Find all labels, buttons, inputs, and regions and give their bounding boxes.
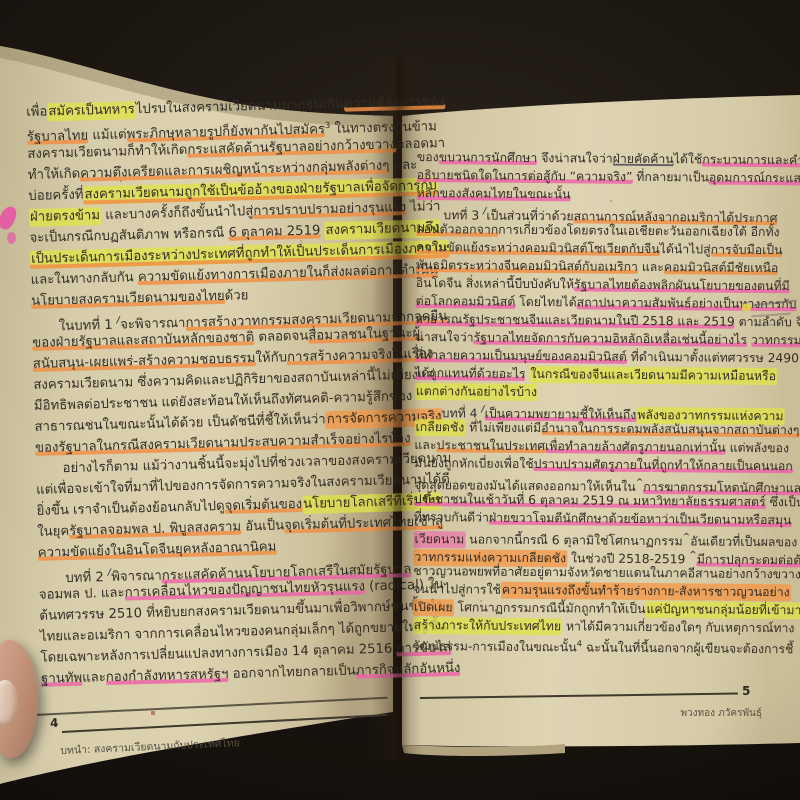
text-segment: ของ	[417, 150, 439, 164]
text-segment: จะเป็นกรณีกบฏสันติภาพ หรือกรณี	[29, 226, 228, 246]
text-segment: อันเป็น	[241, 518, 284, 534]
text-segment: จอมพล ป. และ	[39, 586, 125, 603]
text-segment: ความรุนแรงถึงขั้นทำร้ายร่างกาย-สังหารชาว…	[501, 582, 791, 602]
text-segment: ไปรบในสงครามเวียดนามมากจนเกิน	[136, 97, 344, 117]
text-segment: ฝ่ายคัดค้าน	[613, 152, 674, 167]
text-segment: เปิดเผย	[413, 599, 454, 616]
text-segment: จนนำไปสู่การใช้	[413, 582, 501, 597]
text-segment: นโยบายสงครามเวียดนามของไทย	[31, 289, 225, 309]
text-segment: ปราบปรามศัตรูภายใน	[534, 457, 652, 472]
text-segment: ในยุค	[37, 524, 69, 540]
text-segment: การปราบปรามอย่างรุนแรง	[253, 200, 406, 219]
text-segment: 6 ตุลาคม 2519	[228, 223, 320, 240]
text-segment: ในทางตรงกันข้าม	[330, 119, 437, 137]
text-segment: ได้ใช้	[674, 152, 703, 166]
text-segment: ยิ่งขึ้น เราจำเป็นต้องย้อนกลับไปดู	[36, 499, 224, 519]
text-segment: พันธมิตรระหว่างจีนคอมมิวนิสต์กับอเมริกา	[416, 258, 638, 274]
text-segment: คอมมิวนิสต์มีชัยเหนือ	[664, 260, 779, 275]
text-segment: โดยไทยได้	[515, 295, 576, 310]
yellow-mark	[742, 304, 751, 311]
text-segment: แม้แต่	[88, 127, 127, 143]
text-segment: กระแสคัดค้านรัฐบาลอย่างกว้างขวาง	[187, 137, 396, 157]
text-segment: ที่ถูกทำให้กลายเป็นคนนอก	[651, 458, 793, 473]
text-segment: รัฐบาลไทยต้องพลิกผันนโยบายของตนที่มี	[574, 277, 790, 293]
text-segment: และ	[638, 260, 664, 274]
text-segment: เกลียดชัง	[414, 419, 465, 436]
text-segment: สื่อมวลชนในฐานะผู้	[308, 326, 420, 344]
text-segment: และบางครั้งก็ถึงขั้นนำไปสู่	[101, 204, 254, 223]
text-segment: เพื่อทำลายล้างศัตรูภายนอกเท่านั้น	[545, 439, 726, 455]
text-segment: รัฐบาลไทยจัดการกับความอิหลักอิเหลื่อเช่น…	[474, 331, 748, 347]
text-segment: ที่กลายมาเป็น	[632, 170, 709, 185]
text-segment: การเคลื่อนไหวของปัญญาชนไทยหัวรุนแรง	[124, 579, 365, 600]
running-footer: พวงทอง ภวัครพันธุ์	[610, 706, 762, 721]
book-photo: เพื่อสมัครเป็นทหารไปรบในสงครามเวียดนามมา…	[0, 0, 800, 800]
text-segment: ประชาชนในเช้าวันที่ 6 ตุลาคม 2519 ณ มหาว…	[414, 492, 766, 509]
text-segment: ที่ทำลายความเป็นมนุษย์ของคอมมิวนิสต์	[415, 348, 627, 364]
text-segment: ภารกิจหลักอันหนึ่ง	[355, 661, 460, 679]
page-number: 5	[742, 684, 750, 698]
text-segment: ของฝ่ายรัฐบาลและสถาบันหลักของชาติ	[32, 330, 254, 351]
text-segment: อำนาจในการระดมพลังสนับสนุนจากสถาบันต่างๆ	[541, 421, 799, 437]
text-segment: รัฐบาลจอมพล ป. พิบูลสงคราม	[69, 520, 241, 539]
text-segment: ประชาชนในประเทศ	[436, 438, 545, 453]
text-segment: โศกนาฏกรรมกรณีนี้มักถูกทำให้เป็น	[454, 600, 646, 616]
text-segment: กองกำลังทหารสหรัฐฯ	[106, 667, 229, 685]
text-segment: สาธารณรัฐประชาชนจีนและเวียดนามในปี 2518 …	[415, 312, 734, 329]
right-page-text: ของขบวนการนักศึกษา จึงน่าสนใจว่าฝ่ายคัดค…	[413, 149, 783, 656]
text-segment: สนับสนุน-เผยแพร่-สร้างความชอบธรรม	[33, 351, 256, 372]
note-stroke	[753, 300, 797, 307]
text-segment: สร้างภาระให้กับประเทศไทย	[413, 617, 562, 635]
text-segment: ด้วย	[225, 288, 249, 304]
text-segment: ที่ทราบกันดีว่า	[414, 510, 489, 525]
text-segment: ฝ่ายขวาโจมตีนักศึกษาด้วยข้อหาว่าเป็นเวีย…	[489, 511, 792, 528]
note-stroke	[755, 323, 777, 326]
text-segment: น่าสนใจว่า	[415, 330, 473, 345]
text-segment: ชาวญวนอพยพที่อาศัยอยู่ตามจังหวัดชายแดนใน…	[413, 564, 800, 581]
text-segment: ถอนตัวออกจาก	[416, 222, 498, 237]
text-segment: ความต้องการของ	[344, 94, 445, 112]
text-segment: หลักของสังคมไทยในขณะนั้น	[417, 186, 571, 201]
text-segment: อธิบายชนิดใดในการต่อสู้กับ “ความจริง”	[417, 168, 633, 184]
text-segment: อินโดจีน สิ่งเหล่านี้บีบบังคับให้	[416, 276, 574, 291]
pen-annotation: ^	[683, 532, 691, 542]
text-segment: เพื่อ	[26, 104, 48, 120]
text-segment: สงครามเวียดนามก็ทำให้เกิด	[27, 143, 187, 162]
text-segment: หาได้มีความเกี่ยวข้องใดๆ กับเหตุการณ์ทาง	[562, 619, 794, 635]
text-segment: ได้นำไปสู่	[660, 242, 711, 256]
text-segment: สมัครเป็นทหาร	[47, 101, 136, 121]
text-segment: แค่ปัญหาชนกลุ่มน้อยที่เข้ามา	[645, 601, 800, 619]
text-segment: ฝ่ายตรงข้าม	[29, 207, 102, 227]
text-segment: ซึ่งเป็น	[766, 495, 800, 509]
pink-highlighter-smudge	[7, 232, 16, 244]
handwritten-margin-note	[742, 298, 798, 334]
text-line: วัฒนธรรม-การเมืองในขณะนั้น4 ฉะนั้นในที่น…	[413, 635, 779, 656]
text-segment: ทำให้เกิด	[28, 167, 81, 183]
text-segment: ขบวนการนักศึกษา	[439, 150, 538, 165]
text-segment: และ	[82, 670, 106, 686]
text-segment: ความขัดแย้งระหว่างคอมมิวนิสต์โซเวียตกับจ…	[416, 240, 660, 256]
text-segment: ต่อโลกคอมมิวนิสต์	[416, 294, 516, 309]
text-segment: ฐานทัพ	[41, 671, 82, 687]
text-segment: กระบวนการและคำ	[702, 152, 800, 167]
text-segment: ฉะนั้นในที่นี้นอกจากผู้เขียนจะต้องการชี้	[582, 640, 793, 656]
text-segment: การเกี่ยวข้องโดยตรงในเอเชียตะวันออกเฉียง…	[498, 223, 780, 239]
text-segment: จุดเริ่มต้นของ	[224, 497, 302, 514]
left-page-text: เพื่อสมัครเป็นทหารไปรบในสงครามเวียดนามมา…	[26, 94, 397, 691]
page-number: 4	[50, 716, 59, 730]
text-segment: วัฒนธรรม-การเมืองในขณะนั้น	[413, 639, 577, 654]
text-segment: แตกต่างกันอย่างไรบ้าง	[415, 383, 538, 401]
text-segment: ตลอดจน	[254, 329, 308, 345]
thumb-nail	[0, 680, 18, 726]
text-segment: แต่พลังของ	[726, 441, 789, 456]
text-segment: ได้ถูกแทนที่ด้วยอะไร	[415, 366, 526, 381]
text-segment: ที่ดำเนินมาตั้งแต่ทศวรรษ 2490	[627, 350, 799, 366]
text-segment: ออกจากไทยกลายเป็น	[228, 664, 356, 682]
text-segment: และ	[414, 438, 436, 452]
text-segment: จึงน่าสนใจว่า	[537, 151, 612, 166]
text-segment: มันยังถูกหักเบี่ยงเพื่อใช้	[414, 456, 534, 471]
text-segment: ให้กับ	[255, 350, 287, 366]
text-segment: ความขัดแย้งในอินโดจีนยุคหลังอาณานิคม	[38, 540, 277, 561]
note-stroke	[751, 313, 791, 318]
text-segment: วาทกรรม	[751, 333, 800, 347]
text-segment: ที่ไม่เพียงแต่มี	[465, 420, 541, 435]
text-segment: อุดมการณ์กระแส	[709, 171, 800, 186]
text-segment: การจับมือเป็น	[711, 243, 783, 258]
text-segment: และในทางกลับกัน	[30, 270, 138, 288]
text-segment: บ่อยครั้งที่	[28, 188, 83, 204]
text-segment: รัฐบาลไทย	[27, 128, 89, 145]
text-segment: และ	[389, 158, 417, 174]
text-segment: ในกรณีของจีนและเวียดนามมีความเหมือนหรือ	[529, 366, 777, 385]
